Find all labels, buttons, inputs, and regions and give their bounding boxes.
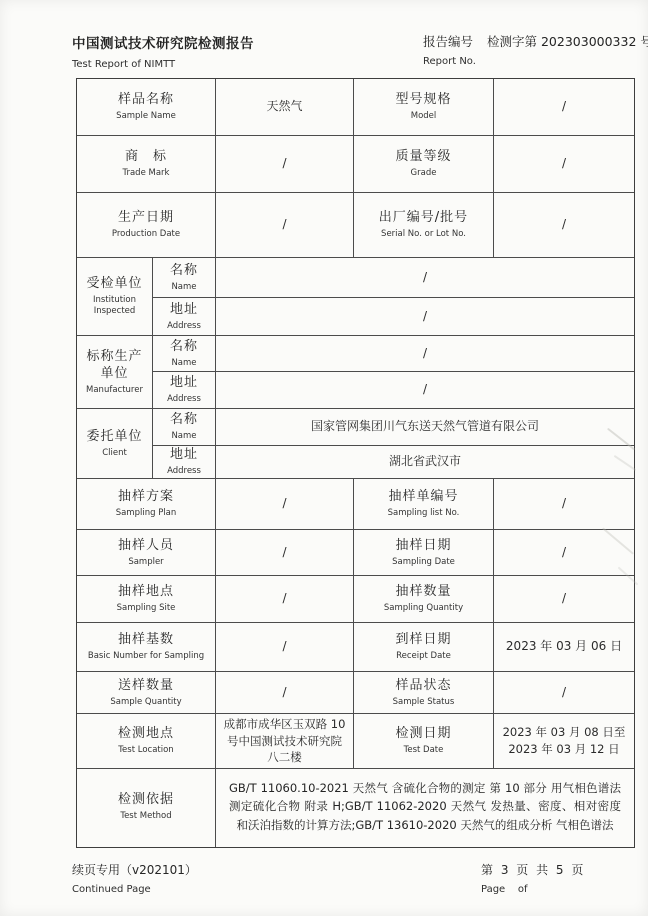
page-number-en: Page of: [481, 884, 585, 895]
table-group-manufacturer: 标称生产单位 Manufacturer 名称 Name / 地址 Address…: [77, 336, 634, 409]
label-en: Sampling Site: [117, 603, 176, 614]
footer-right: 第 3 页 共 5 页 Page of: [481, 861, 585, 895]
field-value: /: [494, 672, 634, 714]
table-row-sampling-plan: 抽样方案 Sampling Plan / 抽样单编号 Sampling list…: [77, 479, 634, 530]
field-label: 质量等级 Grade: [354, 136, 494, 193]
table-row-test-method: 检测依据 Test Method GB/T 11060.10-2021 天然气 …: [77, 766, 634, 847]
field-value: /: [494, 576, 634, 623]
label-zh: 标称生产单位: [81, 349, 148, 383]
field-value: 湖北省武汉市: [216, 446, 634, 479]
continued-page-zh: 续页专用（v202101）: [72, 861, 197, 878]
continued-page-en: Continued Page: [72, 884, 197, 895]
field-value: /: [216, 136, 354, 193]
field-label: 检测依据 Test Method: [77, 766, 216, 847]
group-label: 委托单位 Client: [77, 409, 153, 479]
field-label: 抽样地点 Sampling Site: [77, 576, 216, 623]
group-label: 受检单位 Institution Inspected: [77, 258, 153, 336]
label-en: Client: [102, 448, 127, 459]
label-zh: 型号规格: [395, 92, 451, 109]
field-value: 天然气: [216, 79, 354, 136]
label-zh: 抽样地点: [118, 584, 174, 601]
field-label: 样品名称 Sample Name: [77, 79, 216, 136]
field-label: 商 标 Trade Mark: [77, 136, 216, 193]
table-row-sample-name: 样品名称 Sample Name 天然气 型号规格 Model /: [77, 79, 634, 136]
label-zh: 地址: [170, 375, 198, 392]
label-en: Receipt Date: [396, 651, 451, 662]
report-number-line: 报告编号 检测字第 202303000332 号: [423, 32, 648, 50]
footer-left: 续页专用（v202101） Continued Page: [72, 861, 197, 895]
sub-label: 名称 Name: [153, 409, 216, 446]
field-value: /: [216, 193, 354, 258]
report-header-left: 中国测试技术研究院检测报告 Test Report of NIMTT: [72, 32, 254, 70]
field-value: /: [216, 479, 354, 530]
field-label: 抽样数量 Sampling Quantity: [354, 576, 494, 623]
field-label: 抽样方案 Sampling Plan: [77, 479, 216, 530]
field-label: 检测地点 Test Location: [77, 714, 216, 769]
field-label: 生产日期 Production Date: [77, 193, 216, 258]
field-label: 送样数量 Sample Quantity: [77, 672, 216, 714]
table-row-sampler: 抽样人员 Sampler / 抽样日期 Sampling Date /: [77, 530, 634, 576]
label-zh: 检测日期: [395, 726, 451, 743]
sub-label: 名称 Name: [153, 336, 216, 372]
field-value: /: [216, 623, 354, 672]
label-en: Sampler: [128, 557, 163, 568]
label-zh: 名称: [170, 339, 198, 356]
label-zh: 委托单位: [86, 429, 142, 446]
table-group-institution-inspected: 受检单位 Institution Inspected 名称 Name / 地址 …: [77, 258, 634, 336]
label-en: Grade: [411, 168, 437, 179]
label-zh: 样品状态: [395, 678, 451, 695]
label-en: Sampling list No.: [388, 508, 460, 519]
field-value: 国家管网集团川气东送天然气管道有限公司: [216, 409, 634, 446]
label-en: Production Date: [112, 229, 180, 240]
field-value: /: [216, 372, 634, 409]
label-zh: 送样数量: [118, 678, 174, 695]
label-en: Name: [171, 431, 196, 442]
label-en: Manufacturer: [86, 385, 143, 396]
label-en: Test Location: [118, 745, 173, 756]
label-zh: 地址: [170, 302, 198, 319]
label-en: Model: [411, 111, 437, 122]
field-value: /: [216, 336, 634, 372]
field-label: 抽样基数 Basic Number for Sampling: [77, 623, 216, 672]
field-value: /: [494, 136, 634, 193]
sub-label: 地址 Address: [153, 298, 216, 336]
table-row-test-location: 检测地点 Test Location 成都市成华区玉双路 10 号中国测试技术研…: [77, 714, 634, 766]
field-value: 成都市成华区玉双路 10 号中国测试技术研究院 八二楼: [216, 714, 354, 769]
label-zh: 名称: [170, 412, 198, 429]
label-en: Sample Name: [116, 111, 176, 122]
label-en: Sampling Date: [392, 557, 455, 568]
table-row-production-date: 生产日期 Production Date / 出厂编号/批号 Serial No…: [77, 193, 634, 258]
field-value: /: [494, 193, 634, 258]
field-value: /: [216, 576, 354, 623]
label-en: Serial No. or Lot No.: [381, 229, 466, 240]
label-en: Address: [167, 466, 201, 477]
label-en: Sample Quantity: [110, 697, 181, 708]
label-en: Sampling Quantity: [384, 603, 463, 614]
report-number-label: 报告编号: [423, 34, 473, 49]
report-table: 样品名称 Sample Name 天然气 型号规格 Model / 商 标 Tr…: [76, 78, 635, 848]
report-title-en: Test Report of NIMTT: [72, 59, 254, 70]
label-zh: 样品名称: [118, 92, 174, 109]
table-row-sample-quantity: 送样数量 Sample Quantity / 样品状态 Sample Statu…: [77, 672, 634, 714]
group-label: 标称生产单位 Manufacturer: [77, 336, 153, 409]
report-page: 中国测试技术研究院检测报告 Test Report of NIMTT 报告编号 …: [0, 0, 648, 916]
label-en: Basic Number for Sampling: [88, 651, 204, 662]
label-en: Sample Status: [393, 697, 455, 708]
sub-label: 名称 Name: [153, 258, 216, 298]
field-label: 抽样日期 Sampling Date: [354, 530, 494, 576]
label-en: Trade Mark: [123, 168, 170, 179]
label-zh: 出厂编号/批号: [379, 210, 468, 227]
label-zh: 商 标: [125, 149, 167, 166]
field-value: 2023 年 03 月 06 日: [494, 623, 634, 672]
label-zh: 抽样人员: [118, 538, 174, 555]
label-zh: 抽样基数: [118, 632, 174, 649]
field-label: 出厂编号/批号 Serial No. or Lot No.: [354, 193, 494, 258]
label-zh: 检测地点: [118, 726, 174, 743]
field-value: /: [494, 479, 634, 530]
label-zh: 地址: [170, 447, 198, 464]
field-label: 抽样单编号 Sampling list No.: [354, 479, 494, 530]
field-label: 型号规格 Model: [354, 79, 494, 136]
report-number-value: 检测字第 202303000332 号: [487, 34, 648, 49]
label-zh: 检测依据: [118, 792, 174, 809]
label-zh: 名称: [170, 263, 198, 280]
label-zh: 抽样方案: [118, 489, 174, 506]
field-label: 到样日期 Receipt Date: [354, 623, 494, 672]
field-value: /: [216, 258, 634, 298]
field-value: /: [494, 79, 634, 136]
table-group-client: 委托单位 Client 名称 Name 国家管网集团川气东送天然气管道有限公司 …: [77, 409, 634, 479]
report-number-label-en: Report No.: [423, 56, 648, 67]
label-en: Institution Inspected: [81, 295, 148, 316]
label-en: Test Method: [120, 811, 171, 822]
field-value: 2023 年 03 月 08 日至 2023 年 03 月 12 日: [494, 714, 634, 769]
label-en: Name: [171, 358, 196, 369]
test-method-text: GB/T 11060.10-2021 天然气 含硫化合物的测定 第 10 部分 …: [220, 774, 630, 840]
label-zh: 生产日期: [118, 210, 174, 227]
label-zh: 抽样数量: [395, 584, 451, 601]
label-zh: 受检单位: [86, 276, 142, 293]
label-zh: 抽样单编号: [388, 489, 458, 506]
field-value: /: [216, 672, 354, 714]
label-en: Test Date: [404, 745, 444, 756]
sub-label: 地址 Address: [153, 372, 216, 409]
field-label: 样品状态 Sample Status: [354, 672, 494, 714]
table-row-trade-mark: 商 标 Trade Mark / 质量等级 Grade /: [77, 136, 634, 193]
table-row-basic-number: 抽样基数 Basic Number for Sampling / 到样日期 Re…: [77, 623, 634, 672]
label-zh: 到样日期: [395, 632, 451, 649]
label-zh: 抽样日期: [395, 538, 451, 555]
field-value: GB/T 11060.10-2021 天然气 含硫化合物的测定 第 10 部分 …: [216, 766, 634, 847]
field-value: /: [216, 298, 634, 336]
label-zh: 质量等级: [395, 149, 451, 166]
page-number-zh: 第 3 页 共 5 页: [481, 861, 585, 878]
label-en: Sampling Plan: [116, 508, 177, 519]
field-value: /: [216, 530, 354, 576]
report-title-zh: 中国测试技术研究院检测报告: [72, 32, 254, 52]
field-label: 检测日期 Test Date: [354, 714, 494, 769]
table-row-sampling-site: 抽样地点 Sampling Site / 抽样数量 Sampling Quant…: [77, 576, 634, 623]
field-value: /: [494, 530, 634, 576]
label-en: Name: [171, 282, 196, 293]
report-header-right: 报告编号 检测字第 202303000332 号 Report No.: [423, 32, 648, 67]
label-en: Address: [167, 321, 201, 332]
sub-label: 地址 Address: [153, 446, 216, 479]
field-label: 抽样人员 Sampler: [77, 530, 216, 576]
label-en: Address: [167, 394, 201, 405]
